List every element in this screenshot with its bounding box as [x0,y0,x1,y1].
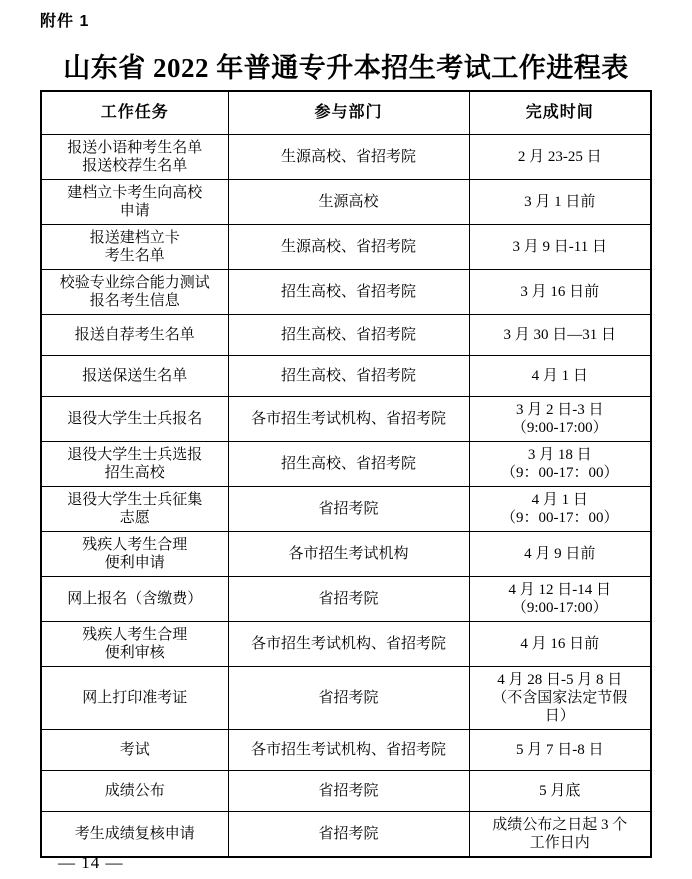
table-row: 建档立卡考生向高校 申请 生源高校 3 月 1 日前 [41,180,651,225]
task-cell: 网上报名（含缴费） [41,577,228,622]
task-cell: 残疾人考生合理 便利审核 [41,622,228,667]
task-cell: 报送保送生名单 [41,356,228,397]
time-cell: 4 月 1 日 [469,356,651,397]
table-row: 报送自荐考生名单 招生高校、省招考院 3 月 30 日—31 日 [41,315,651,356]
time-cell: 4 月 28 日-5 月 8 日 （不含国家法定节假 日） [469,667,651,730]
dept-cell: 各市招生考试机构 [228,532,469,577]
table-row: 残疾人考生合理 便利审核 各市招生考试机构、省招考院 4 月 16 日前 [41,622,651,667]
schedule-table: 工作任务 参与部门 完成时间 报送小语种考生名单 报送校荐生名单 生源高校、省招… [40,90,652,858]
time-cell: 3 月 18 日 （9：00-17：00） [469,442,651,487]
time-cell: 4 月 9 日前 [469,532,651,577]
column-header-time: 完成时间 [469,91,651,135]
time-cell: 3 月 9 日-11 日 [469,225,651,270]
task-cell: 校验专业综合能力测试 报名考生信息 [41,270,228,315]
time-cell: 2 月 23-25 日 [469,135,651,180]
dept-cell: 生源高校 [228,180,469,225]
time-cell: 3 月 16 日前 [469,270,651,315]
table-header-row: 工作任务 参与部门 完成时间 [41,91,651,135]
dept-cell: 招生高校、省招考院 [228,356,469,397]
time-cell: 4 月 1 日 （9：00-17：00） [469,487,651,532]
table-row: 报送建档立卡 考生名单 生源高校、省招考院 3 月 9 日-11 日 [41,225,651,270]
task-cell: 考生成绩复核申请 [41,812,228,858]
task-cell: 考试 [41,730,228,771]
dept-cell: 各市招生考试机构、省招考院 [228,397,469,442]
dept-cell: 省招考院 [228,577,469,622]
column-header-dept: 参与部门 [228,91,469,135]
dept-cell: 生源高校、省招考院 [228,225,469,270]
document-page: 附件 1 山东省 2022 年普通专升本招生考试工作进程表 工作任务 参与部门 … [0,0,692,879]
task-cell: 退役大学生士兵报名 [41,397,228,442]
task-cell: 退役大学生士兵征集 志愿 [41,487,228,532]
dept-cell: 招生高校、省招考院 [228,270,469,315]
time-cell: 3 月 1 日前 [469,180,651,225]
time-cell: 3 月 2 日-3 日 （9:00-17:00） [469,397,651,442]
table-row: 网上打印准考证 省招考院 4 月 28 日-5 月 8 日 （不含国家法定节假 … [41,667,651,730]
time-cell: 4 月 16 日前 [469,622,651,667]
task-cell: 网上打印准考证 [41,667,228,730]
time-cell: 5 月底 [469,771,651,812]
dept-cell: 各市招生考试机构、省招考院 [228,622,469,667]
task-cell: 退役大学生士兵选报 招生高校 [41,442,228,487]
page-number: — 14 — [58,853,124,873]
dept-cell: 省招考院 [228,771,469,812]
attachment-label: 附件 1 [40,8,89,31]
time-cell: 3 月 30 日—31 日 [469,315,651,356]
dept-cell: 招生高校、省招考院 [228,315,469,356]
task-cell: 报送建档立卡 考生名单 [41,225,228,270]
dept-cell: 各市招生考试机构、省招考院 [228,730,469,771]
time-cell: 5 月 7 日-8 日 [469,730,651,771]
table-row: 退役大学生士兵征集 志愿 省招考院 4 月 1 日 （9：00-17：00） [41,487,651,532]
task-cell: 报送自荐考生名单 [41,315,228,356]
table-row: 报送小语种考生名单 报送校荐生名单 生源高校、省招考院 2 月 23-25 日 [41,135,651,180]
table-row: 考生成绩复核申请 省招考院 成绩公布之日起 3 个 工作日内 [41,812,651,858]
document-title: 山东省 2022 年普通专升本招生考试工作进程表 [0,46,692,85]
dept-cell: 省招考院 [228,487,469,532]
table-row: 网上报名（含缴费） 省招考院 4 月 12 日-14 日 （9:00-17:00… [41,577,651,622]
time-cell: 成绩公布之日起 3 个 工作日内 [469,812,651,858]
table-row: 退役大学生士兵报名 各市招生考试机构、省招考院 3 月 2 日-3 日 （9:0… [41,397,651,442]
task-cell: 残疾人考生合理 便利申请 [41,532,228,577]
task-cell: 报送小语种考生名单 报送校荐生名单 [41,135,228,180]
table-body: 报送小语种考生名单 报送校荐生名单 生源高校、省招考院 2 月 23-25 日 … [41,135,651,858]
table-row: 报送保送生名单 招生高校、省招考院 4 月 1 日 [41,356,651,397]
table-row: 退役大学生士兵选报 招生高校 招生高校、省招考院 3 月 18 日 （9：00-… [41,442,651,487]
time-cell: 4 月 12 日-14 日 （9:00-17:00） [469,577,651,622]
table-row: 考试 各市招生考试机构、省招考院 5 月 7 日-8 日 [41,730,651,771]
dept-cell: 招生高校、省招考院 [228,442,469,487]
dept-cell: 省招考院 [228,812,469,858]
dept-cell: 生源高校、省招考院 [228,135,469,180]
table-row: 残疾人考生合理 便利申请 各市招生考试机构 4 月 9 日前 [41,532,651,577]
table-row: 成绩公布 省招考院 5 月底 [41,771,651,812]
task-cell: 建档立卡考生向高校 申请 [41,180,228,225]
table-row: 校验专业综合能力测试 报名考生信息 招生高校、省招考院 3 月 16 日前 [41,270,651,315]
task-cell: 成绩公布 [41,771,228,812]
dept-cell: 省招考院 [228,667,469,730]
column-header-task: 工作任务 [41,91,228,135]
